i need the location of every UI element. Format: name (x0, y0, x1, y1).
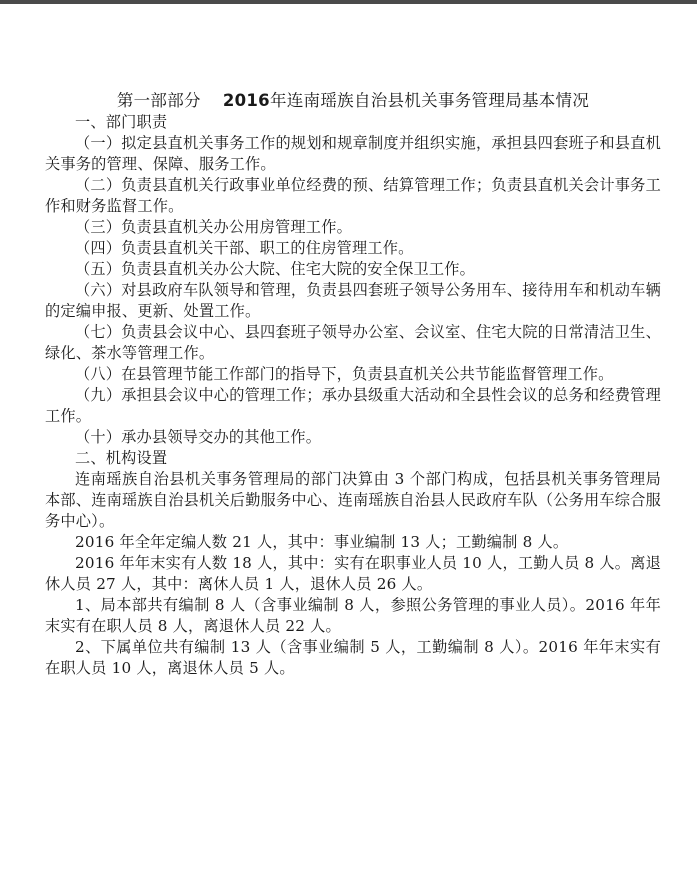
viewer-top-bar (0, 0, 697, 4)
duty-item: （一）拟定县直机关事务工作的规划和规章制度并组织实施，承担县四套班子和县直机关事… (45, 133, 661, 175)
document-page: 第一部部分2016年连南瑶族自治县机关事务管理局基本情况 一、部门职责 （一）拟… (45, 90, 661, 679)
duty-item: （九）承担县会议中心的管理工作；承办县级重大活动和全县性会议的总务和经费管理工作… (45, 385, 661, 427)
duty-item: （三）负责县直机关办公用房管理工作。 (45, 217, 661, 238)
title-part: 第一部部分 (117, 91, 201, 110)
staffing-paragraph: 1、局本部共有编制 8 人（含事业编制 8 人，参照公务管理的事业人员）。201… (45, 595, 661, 637)
duty-item: （八）在县管理节能工作部门的指导下，负责县直机关公共节能监督管理工作。 (45, 364, 661, 385)
duty-item: （十）承办县领导交办的其他工作。 (45, 427, 661, 448)
structure-paragraph: 连南瑶族自治县机关事务管理局的部门决算由 3 个部门构成，包括县机关事务管理局本… (45, 469, 661, 532)
staffing-paragraph: 2016 年全年定编人数 21 人，其中：事业编制 13 人；工勤编制 8 人。 (45, 532, 661, 553)
title-year: 2016 (223, 91, 270, 110)
duty-item: （四）负责县直机关干部、职工的住房管理工作。 (45, 238, 661, 259)
title-rest: 年连南瑶族自治县机关事务管理局基本情况 (270, 91, 589, 110)
section-heading-structure: 二、机构设置 (45, 448, 661, 469)
duty-item: （二）负责县直机关行政事业单位经费的预、结算管理工作；负责县直机关会计事务工作和… (45, 175, 661, 217)
duty-item: （六）对县政府车队领导和管理，负责县四套班子领导公务用车、接待用车和机动车辆的定… (45, 280, 661, 322)
page-title: 第一部部分2016年连南瑶族自治县机关事务管理局基本情况 (45, 90, 661, 112)
duty-item: （五）负责县直机关办公大院、住宅大院的安全保卫工作。 (45, 259, 661, 280)
staffing-paragraph: 2、下属单位共有编制 13 人（含事业编制 5 人，工勤编制 8 人）。2016… (45, 637, 661, 679)
duty-item: （七）负责县会议中心、县四套班子领导办公室、会议室、住宅大院的日常清洁卫生、绿化… (45, 322, 661, 364)
staffing-paragraph: 2016 年年末实有人数 18 人，其中：实有在职事业人员 10 人，工勤人员 … (45, 553, 661, 595)
section-heading-duties: 一、部门职责 (45, 112, 661, 133)
